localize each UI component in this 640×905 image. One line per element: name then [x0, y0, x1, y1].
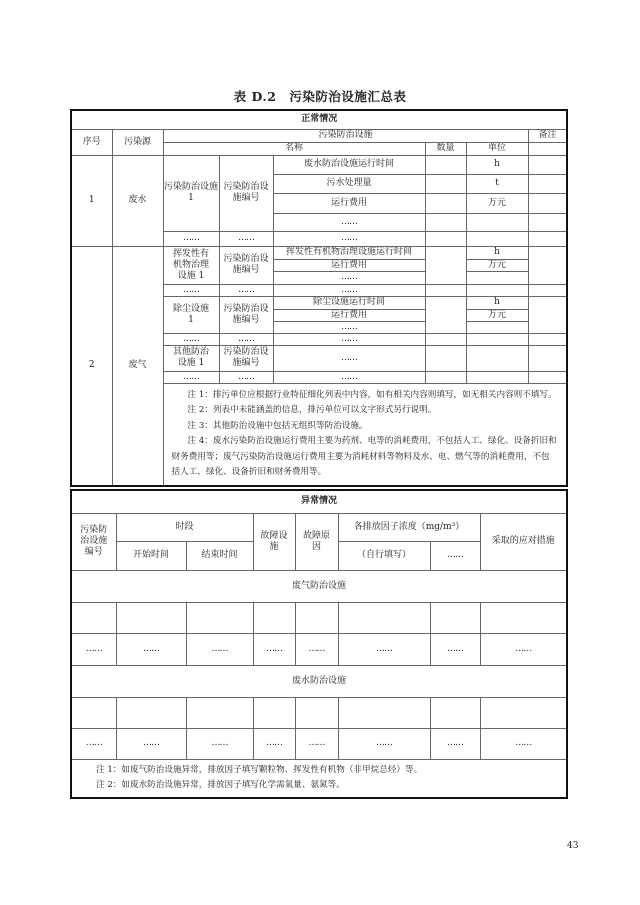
data-cell	[480, 602, 567, 633]
facility-code: ……	[219, 231, 273, 246]
facility-code: ……	[219, 284, 273, 296]
facility-code: ……	[219, 333, 273, 345]
item-name: ……	[273, 213, 425, 231]
data-cell: ……	[295, 728, 338, 759]
remark-cell	[528, 284, 567, 296]
normal-situation-table: 正常情况 序号 污染源 污染防治设施 备注 名称 数量 单位 1 废水 污染防治…	[70, 109, 568, 487]
seq-cell: 2	[71, 246, 112, 486]
quantity-cell	[425, 231, 466, 246]
remark-cell	[528, 155, 567, 174]
item-name: 运行费用	[273, 259, 425, 271]
unit-cell	[466, 333, 528, 345]
unit-cell	[466, 321, 528, 333]
unit-cell: 万元	[466, 259, 528, 271]
item-name: 运行费用	[273, 193, 425, 213]
note-2: 注 2：列表中未能涵盖的信息，排污单位可以文字形式另行说明。	[172, 403, 559, 419]
remark-cell	[528, 246, 567, 284]
item-name: ……	[273, 271, 425, 284]
section-title-abnormal: 异常情况	[71, 490, 567, 513]
item-name: ……	[273, 284, 425, 296]
remark-cell	[528, 345, 567, 371]
item-name: 除尘设施运行时间	[273, 296, 425, 309]
note-3: 注 3：其他防治设施中包括无组织等防治设施。	[172, 419, 559, 435]
facility-code: ……	[219, 371, 273, 383]
item-name: ……	[273, 321, 425, 333]
unit-cell	[466, 345, 528, 371]
facility-code: 污染防治设施编号	[219, 296, 273, 333]
remark-cell	[528, 174, 567, 193]
header-unit: 单位	[466, 142, 528, 155]
quantity-cell	[425, 371, 466, 383]
header-period: 时段	[116, 513, 253, 541]
data-cell	[480, 697, 567, 728]
remark-cell	[528, 231, 567, 246]
remark-cell	[528, 213, 567, 231]
facility-name: ……	[163, 284, 219, 296]
section-title-normal: 正常情况	[71, 110, 567, 129]
subsection-title-water: 废水防治设施	[71, 665, 567, 697]
header-end-time: 结束时间	[186, 541, 253, 570]
remark-cell	[528, 333, 567, 345]
header-fault-reason: 故障原因	[295, 513, 338, 570]
data-cell	[186, 697, 253, 728]
data-cell: ……	[480, 633, 567, 665]
header-start-time: 开始时间	[116, 541, 186, 570]
data-cell: ……	[480, 728, 567, 759]
unit-cell: t	[466, 174, 528, 193]
facility-code: 污染防治设施编号	[219, 246, 273, 284]
data-cell	[116, 602, 186, 633]
quantity-cell	[425, 155, 466, 174]
data-cell	[253, 602, 295, 633]
note-2: 注 2：如废水防治设施异常，排放因子填写化学需氧量、氨氮等。	[80, 778, 558, 794]
normal-notes: 注 1：排污单位应根据行业特征细化列表中内容，如有相关内容则填写，如无相关内容则…	[163, 383, 567, 486]
item-name: ……	[273, 371, 425, 383]
quantity-cell	[425, 284, 466, 296]
data-cell: ……	[116, 728, 186, 759]
unit-cell: h	[466, 155, 528, 174]
data-cell: ……	[430, 633, 480, 665]
unit-cell	[466, 371, 528, 383]
data-cell: ……	[116, 633, 186, 665]
quantity-cell	[425, 193, 466, 213]
remark-cell	[528, 371, 567, 383]
data-cell	[186, 602, 253, 633]
data-cell	[116, 697, 186, 728]
unit-cell: 万元	[466, 309, 528, 321]
unit-cell: 万元	[466, 193, 528, 213]
quantity-cell	[425, 296, 466, 333]
facility-name: 挥发性有机物治理设施 1	[163, 246, 219, 284]
item-name: 废水防治设施运行时间	[273, 155, 425, 174]
data-cell: ……	[430, 728, 480, 759]
header-remark: 备注	[528, 129, 567, 142]
data-cell: ……	[253, 633, 295, 665]
unit-cell	[466, 284, 528, 296]
source-cell: 废气	[112, 246, 163, 486]
quantity-cell	[425, 174, 466, 193]
quantity-cell	[425, 213, 466, 231]
item-name: ……	[273, 231, 425, 246]
header-measures: 采取的应对措施	[480, 513, 567, 570]
page-number: 43	[567, 841, 578, 851]
item-name: ……	[273, 345, 425, 371]
facility-code-cell: 污染防治设施编号	[219, 155, 273, 231]
subsection-title-gas: 废气防治设施	[71, 570, 567, 602]
data-cell: ……	[71, 728, 116, 759]
unit-cell: h	[466, 296, 528, 309]
unit-cell: h	[466, 246, 528, 259]
facility-name: 除尘设施 1	[163, 296, 219, 333]
header-fault-facility: 故障设施	[253, 513, 295, 570]
data-cell: ……	[295, 633, 338, 665]
item-name: 运行费用	[273, 309, 425, 321]
data-cell	[338, 697, 430, 728]
data-cell: ……	[338, 633, 430, 665]
unit-cell	[466, 231, 528, 246]
data-cell	[253, 697, 295, 728]
data-cell: ……	[71, 633, 116, 665]
header-facility-group: 污染防治设施	[163, 129, 528, 142]
facility-code: 污染防治设施编号	[219, 345, 273, 371]
data-cell: ……	[186, 728, 253, 759]
data-cell	[430, 697, 480, 728]
note-1: 注 1：如废气防治设施异常，排放因子填写颗粒物、挥发性有机物（非甲烷总烃）等。	[80, 763, 558, 779]
unit-cell	[466, 213, 528, 231]
remark-cell	[528, 296, 567, 333]
header-concentration: 各排放因子浓度（mg/m³）	[338, 513, 480, 541]
item-name: 污水处理量	[273, 174, 425, 193]
quantity-cell	[425, 246, 466, 284]
facility-code: 污染防治设施编号	[223, 182, 268, 203]
data-cell	[71, 697, 116, 728]
facility-name: ……	[163, 371, 219, 383]
item-name: ……	[273, 333, 425, 345]
abnormal-notes: 注 1：如废气防治设施异常，排放因子填写颗粒物、挥发性有机物（非甲烷总烃）等。 …	[71, 759, 567, 798]
header-name: 名称	[163, 142, 425, 155]
data-cell	[430, 602, 480, 633]
facility-name: ……	[163, 231, 219, 246]
remark-cell	[528, 193, 567, 213]
quantity-cell	[425, 345, 466, 371]
note-1: 注 1：排污单位应根据行业特征细化列表中内容，如有相关内容则填写，如无相关内容则…	[172, 388, 559, 404]
header-facility-code: 污染防治设施编号	[71, 513, 116, 570]
seq-cell: 1	[71, 155, 112, 246]
note-4: 注 4：废水污染防治设施运行费用主要为药剂、电等的消耗费用，不包括人工、绿化、设…	[172, 434, 559, 481]
source-cell: 废水	[112, 155, 163, 246]
data-cell	[295, 602, 338, 633]
header-seq: 序号	[71, 129, 112, 155]
header-source: 污染源	[112, 129, 163, 155]
quantity-cell	[425, 333, 466, 345]
header-more: ……	[430, 541, 480, 570]
header-remark-blank	[528, 142, 567, 155]
facility-name: 污染防治设施 1	[164, 182, 218, 203]
data-cell	[71, 602, 116, 633]
header-quantity: 数量	[425, 142, 466, 155]
data-cell	[295, 697, 338, 728]
data-cell: ……	[186, 633, 253, 665]
facility-name: ……	[163, 333, 219, 345]
table-title: 表 D.2 污染防治设施汇总表	[0, 87, 640, 105]
unit-cell	[466, 271, 528, 284]
data-cell	[338, 602, 430, 633]
facility-name: 其他防治设施 1	[163, 345, 219, 371]
facility-name-cell: 污染防治设施 1	[163, 155, 219, 231]
data-cell: ……	[253, 728, 295, 759]
data-cell: ……	[338, 728, 430, 759]
item-name: 挥发性有机物治理设施运行时间	[273, 246, 425, 259]
header-self-fill: （自行填写）	[338, 541, 430, 570]
abnormal-situation-table: 异常情况 污染防治设施编号 时段 故障设施 故障原因 各排放因子浓度（mg/m³…	[70, 489, 568, 799]
